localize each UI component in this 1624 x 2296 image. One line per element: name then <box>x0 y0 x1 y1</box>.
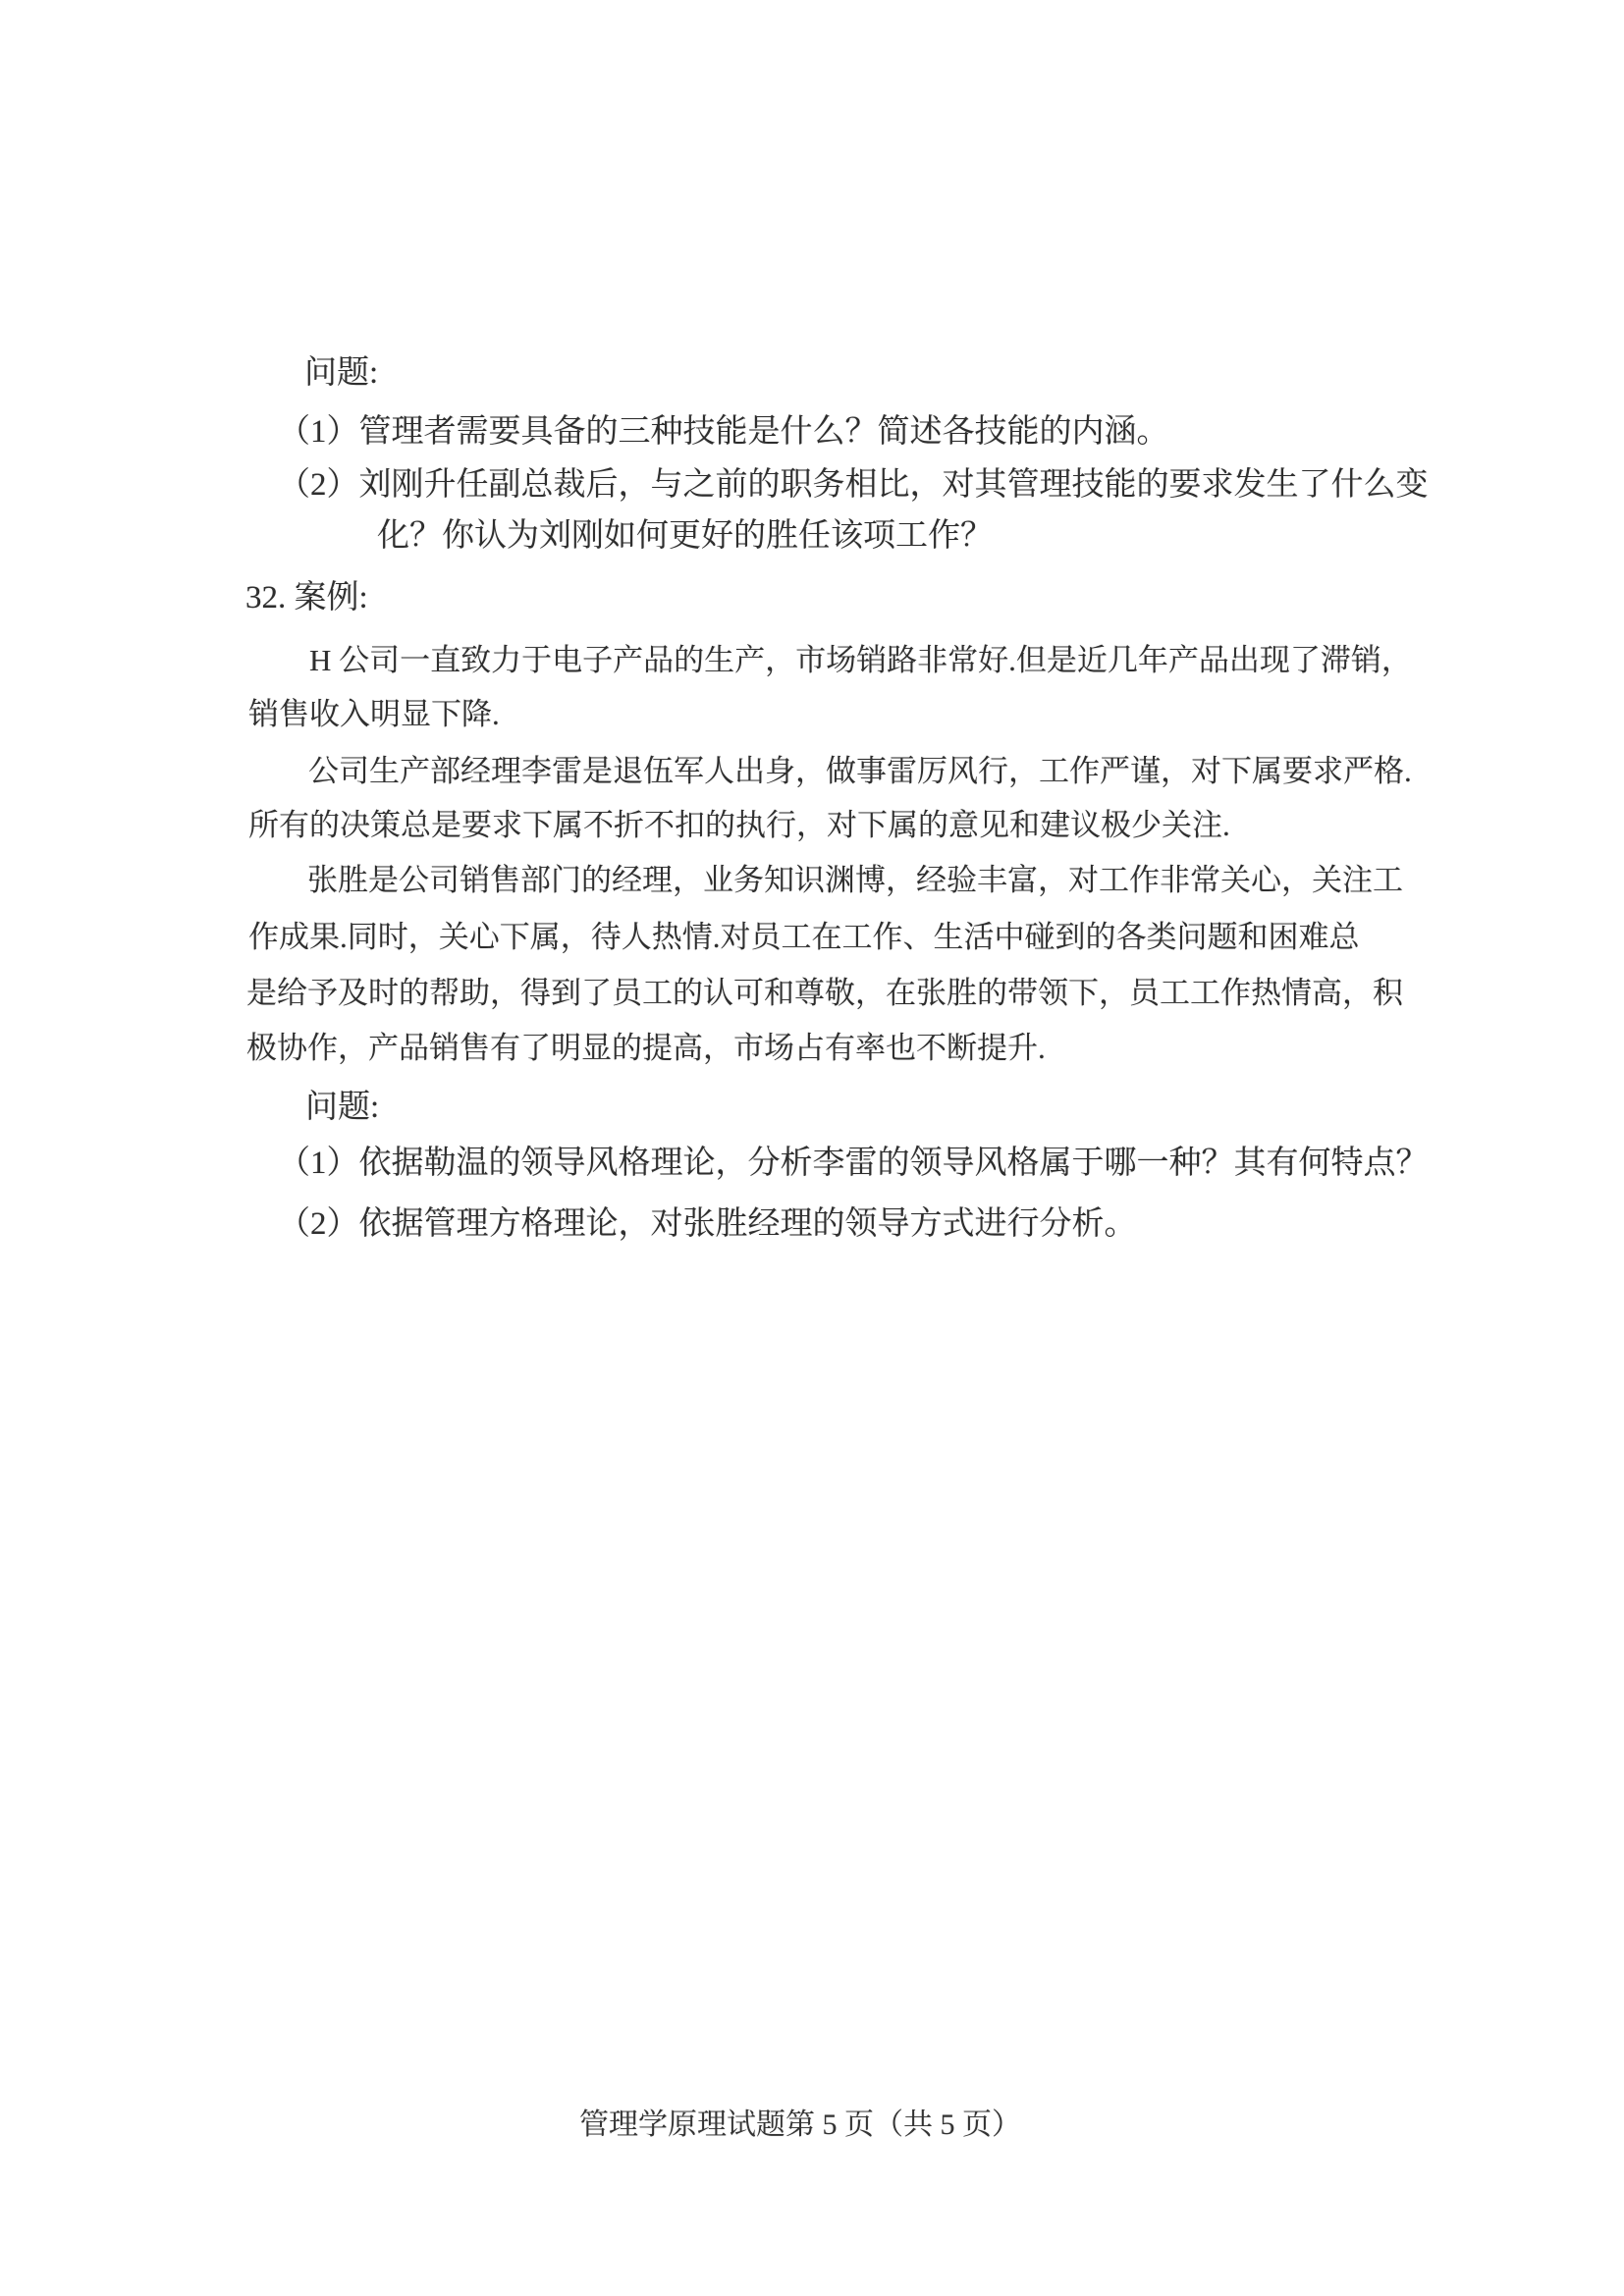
q32-case-line-1: H 公司一直致力于电子产品的生产，市场销路非常好.但是近几年产品出现了滞销， <box>309 639 1412 682</box>
q31-item-2-line-1: （2）刘刚升任副总裁后，与之前的职务相比，对其管理技能的要求发生了什么变 <box>278 463 1429 507</box>
q32-case-line-4: 所有的决策总是要求下属不折不扣的执行，对下属的意见和建议极少关注. <box>248 804 1230 847</box>
q31-item-2-line-2: 化？你认为刘刚如何更好的胜任该项工作？ <box>377 514 993 558</box>
q32-case-line-5: 张胜是公司销售部门的经理，业务知识渊博，经验丰富，对工作非常关心，关注工 <box>307 859 1403 902</box>
page-footer: 管理学原理试题第 5 页（共 5 页） <box>579 2104 1021 2147</box>
q32-header: 32. 案例: <box>245 576 368 619</box>
q32-case-line-8: 极协作，产品销售有了明显的提高，市场占有率也不断提升. <box>246 1027 1046 1070</box>
q31-item-1: （1）管理者需要具备的三种技能是什么？简述各技能的内涵。 <box>278 410 1169 454</box>
q32-problems-label: 问题: <box>305 1086 379 1129</box>
q32-case-line-6: 作成果.同时，关心下属，待人热情.对员工在工作、生活中碰到的各类问题和困难总 <box>248 916 1360 959</box>
q32-item-2: （2）依据管理方格理论，对张胜经理的领导方式进行分析。 <box>278 1202 1137 1246</box>
q32-case-line-2: 销售收入明显下降. <box>248 693 500 736</box>
q31-problems-label: 问题: <box>304 351 378 395</box>
q32-case-line-3: 公司生产部经理李雷是退伍军人出身，做事雷厉风行，工作严谨，对下属要求严格. <box>308 750 1412 793</box>
q32-item-1: （1）依据勒温的领导风格理论，分析李雷的领导风格属于哪一种？其有何特点？ <box>278 1142 1429 1185</box>
exam-page-scan: 问题: （1）管理者需要具备的三种技能是什么？简述各技能的内涵。 （2）刘刚升任… <box>0 0 1624 2296</box>
q32-case-line-7: 是给予及时的帮助，得到了员工的认可和尊敬，在张胜的带领下，员工工作热情高，积 <box>246 972 1403 1015</box>
